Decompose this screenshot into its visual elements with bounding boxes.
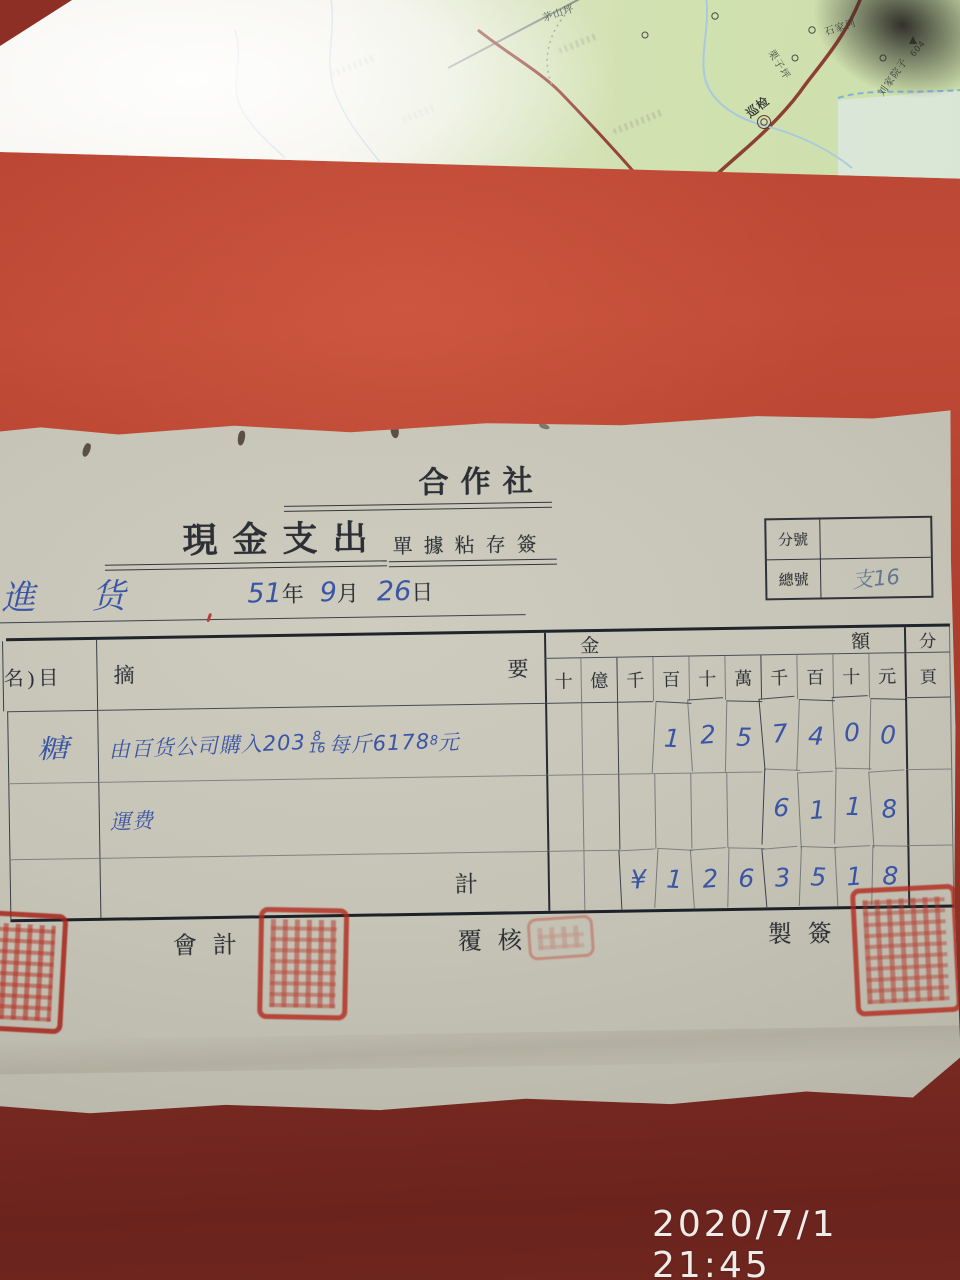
- total-digit-cell: 1: [654, 848, 693, 910]
- summary-cell: 由百货公司購入203816每斤61788元: [97, 703, 546, 782]
- amount-digit-cell: [690, 772, 727, 849]
- digit-col-label: 十: [832, 654, 869, 699]
- amount-digit-cell: [618, 773, 655, 850]
- map-photo: 茅山坪 石家河 栗子坪 巡检 刘家院子 604: [0, 0, 960, 190]
- date-month-value: 9: [319, 577, 337, 608]
- number-box-row: 總號 支16: [767, 557, 932, 599]
- stain: [538, 422, 550, 430]
- col-header-page-top: 分: [904, 626, 950, 653]
- org-name: 合作社: [418, 456, 545, 502]
- digit-col-label: 億: [580, 658, 617, 703]
- digit-col-label: 萬: [724, 655, 761, 700]
- item-cell: [8, 782, 99, 859]
- zong-hao-label: 總號: [767, 559, 822, 598]
- digit-col-label: 百: [652, 657, 689, 702]
- total-label: 計: [455, 866, 485, 899]
- voucher-paper: 合作社 現金支出 單據粘存簽 分號 總號 支16 進货 51 年 9 月 26 …: [0, 405, 960, 1117]
- camera-timestamp: 2020/7/1 21:45: [652, 1204, 960, 1280]
- digit-col-label: 十: [688, 656, 725, 701]
- total-digit-cell: ¥: [618, 849, 657, 911]
- item-cell: 糖: [7, 710, 98, 783]
- amount-digit-cell: [581, 702, 618, 775]
- category-note: 進货: [1, 568, 182, 620]
- amount-digit-cell: 6: [761, 769, 800, 846]
- item-cell: [9, 858, 100, 919]
- total-digit-cell: [583, 850, 620, 911]
- date-day-label: 日: [411, 576, 433, 607]
- date-year-label: 年: [281, 578, 303, 609]
- amount-digit-cell: 1: [652, 701, 692, 775]
- fraction: 816: [309, 731, 326, 754]
- amount-digit-cell: 0: [869, 698, 906, 771]
- amount-digit-cell: 0: [832, 695, 872, 769]
- amount-digit-cell: 5: [725, 700, 762, 773]
- col-header-page-bottom: 頁: [904, 652, 951, 697]
- red-seal-reviewer: [526, 914, 595, 960]
- amount-digit-cell: 2: [687, 697, 728, 771]
- ledger-table: 名)目摘要金額分頁十億千百十萬千百十元糖由百货公司購入203816每斤61788…: [6, 623, 954, 922]
- org-row: 合作社: [0, 449, 952, 508]
- amount-digit-cell: [582, 774, 619, 851]
- amount-header-right: 額: [851, 627, 870, 654]
- amount-digit-cell: [546, 774, 583, 851]
- col-header-item: 名)目: [2, 640, 97, 711]
- total-digit-cell: 3: [761, 846, 802, 909]
- date-year-value: 51: [247, 578, 282, 610]
- pin-hole: [390, 424, 401, 439]
- page-cell: [906, 768, 953, 845]
- summary-handwriting: 運费: [109, 804, 154, 836]
- amount-digit-cell: [726, 771, 763, 848]
- subtitle-underline: [389, 559, 557, 568]
- amount-digit-cell: 7: [758, 696, 800, 771]
- digit-col-label: 千: [760, 655, 797, 700]
- digit-col-label: 百: [796, 654, 833, 699]
- paper-crease: [0, 1025, 960, 1074]
- total-digit-cell: 6: [727, 847, 764, 908]
- page-cell: [905, 696, 952, 769]
- date-line: 51 年 9 月 26 日: [247, 576, 433, 610]
- summary-header-right: 要: [507, 653, 528, 683]
- col-header-summary: 摘要: [96, 633, 545, 710]
- red-seal-preparer: [850, 884, 960, 1017]
- reviewer-label: 覆核: [458, 920, 539, 956]
- summary-handwriting: 每斤6178: [328, 725, 431, 759]
- doc-title: 現金支出: [182, 510, 383, 563]
- red-seal-accountant: [257, 907, 349, 1021]
- summary-unit: 元: [437, 725, 460, 756]
- amount-digit-cell: 4: [796, 699, 835, 772]
- fen-hao-label: 分號: [766, 520, 821, 560]
- summary-cell: 運费: [98, 775, 547, 858]
- number-box-row: 分號: [766, 518, 931, 560]
- fen-hao-value: [820, 518, 931, 559]
- accountant-label: 會計: [173, 924, 254, 960]
- date-day-value: 26: [377, 576, 412, 608]
- pin-hole: [237, 430, 246, 446]
- digit-col-label: 元: [868, 653, 905, 698]
- zong-hao-value: 支16: [851, 561, 901, 595]
- pin-hole: [81, 442, 92, 457]
- digit-col-label: 十: [544, 658, 581, 703]
- summary-handwriting: 由百货公司購入203: [108, 726, 306, 764]
- amount-digit-cell: [654, 773, 691, 850]
- summary-header-left: 摘: [113, 659, 134, 689]
- amount-digit-cell: 1: [797, 771, 837, 849]
- total-digit-cell: 5: [799, 846, 837, 907]
- table-corner: [0, 0, 72, 46]
- doc-subtitle: 單據粘存簽: [392, 528, 547, 559]
- amount-header-left: 金: [580, 631, 599, 658]
- preparer-label: 製簽: [767, 913, 848, 949]
- total-digit-cell: [547, 850, 584, 911]
- amount-digit-cell: [617, 701, 654, 774]
- total-digit-cell: 2: [690, 847, 730, 909]
- amount-digit-cell: 8: [868, 769, 909, 847]
- digit-col-label: 千: [616, 657, 653, 702]
- amount-digit-cell: 1: [834, 768, 871, 845]
- amount-digit-cell: [545, 702, 582, 775]
- item-handwriting: 糖: [35, 728, 70, 767]
- number-box: 分號 總號 支16: [764, 516, 933, 601]
- date-month-label: 月: [337, 577, 359, 608]
- red-seal-left-edge: [0, 910, 68, 1035]
- red-fleck: [206, 613, 212, 622]
